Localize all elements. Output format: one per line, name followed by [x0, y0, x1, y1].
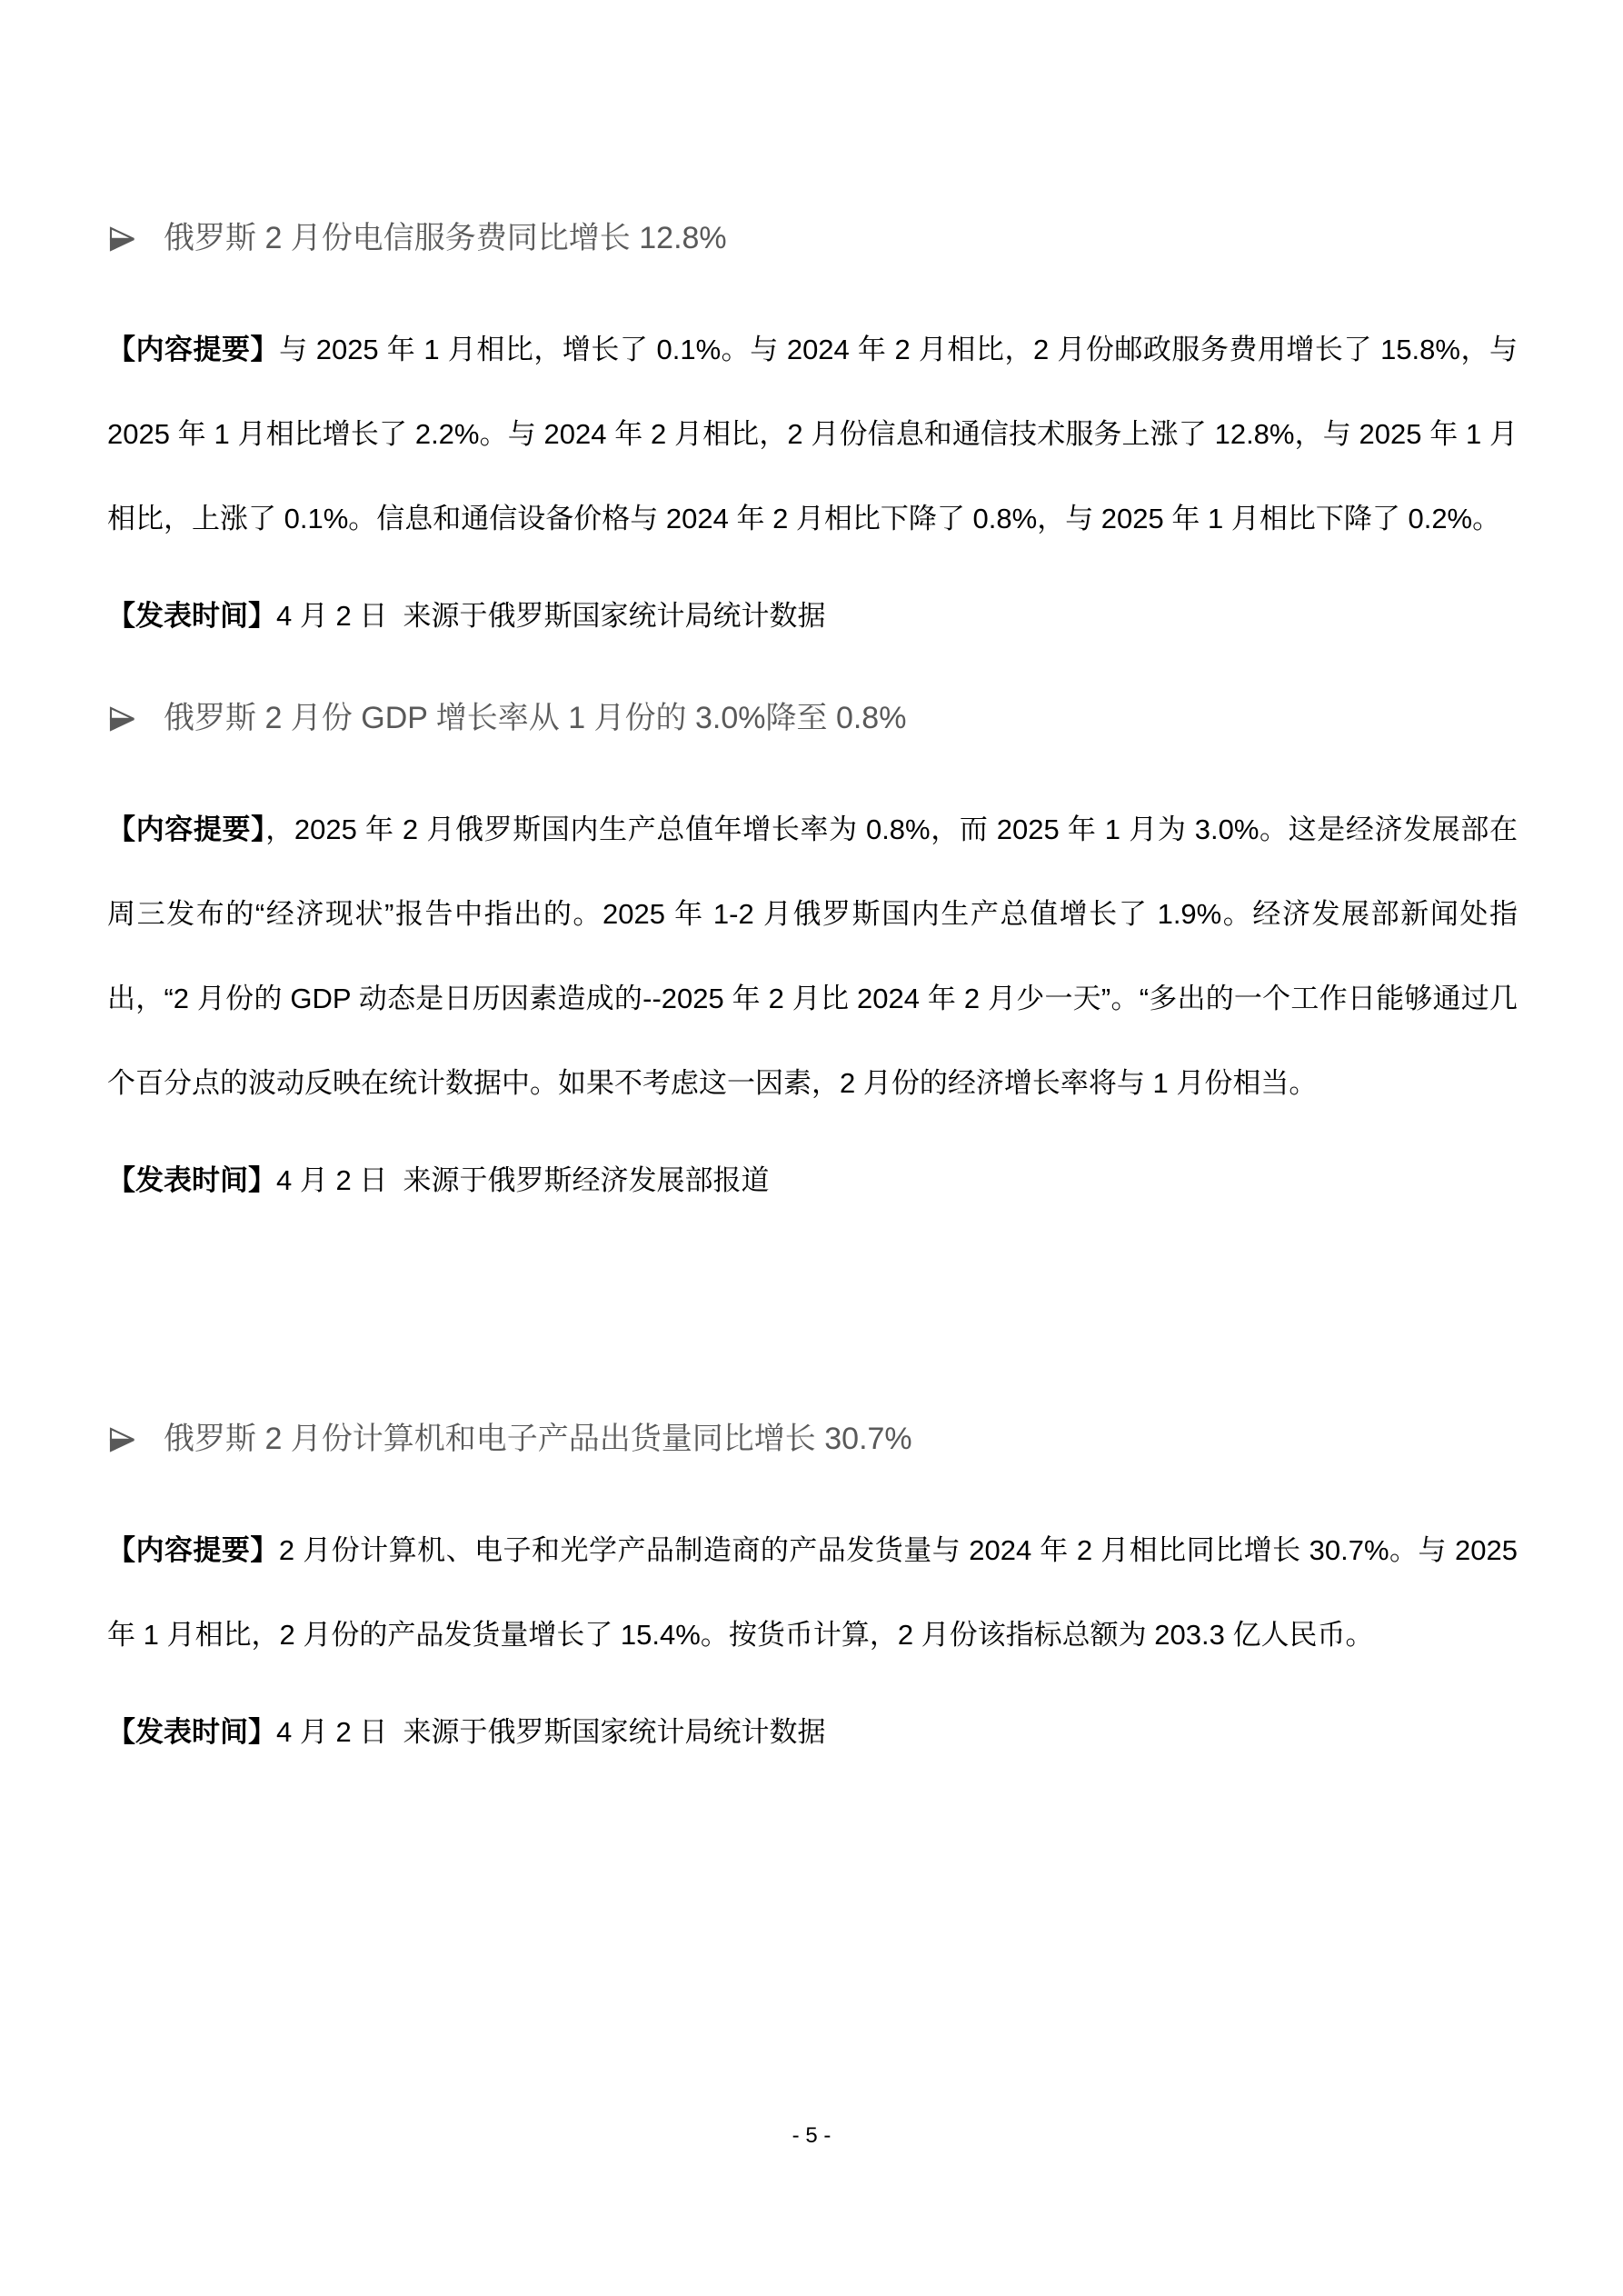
arrowhead-3d-right-icon [107, 225, 136, 254]
document-page: 俄罗斯 2 月份电信服务费同比增长 12.8% 【内容提要】与 2025 年 1… [0, 0, 1623, 2296]
summary-label: 【内容提要】 [107, 814, 265, 845]
publish-label: 【发表时间】 [107, 1716, 276, 1748]
news-section-telecom: 俄罗斯 2 月份电信服务费同比增长 12.8% 【内容提要】与 2025 年 1… [107, 218, 1518, 658]
publish-text: 4 月 2 日 来源于俄罗斯国家统计局统计数据 [276, 1716, 826, 1748]
publish-line: 【发表时间】4 月 2 日 来源于俄罗斯国家统计局统计数据 [107, 1690, 1518, 1774]
section-heading: 俄罗斯 2 月份 GDP 增长率从 1 月份的 3.0%降至 0.8% [107, 698, 1518, 740]
publish-text: 4 月 2 日 来源于俄罗斯经济发展部报道 [276, 1164, 770, 1196]
news-section-electronics: 俄罗斯 2 月份计算机和电子产品出货量同比增长 30.7% 【内容提要】2 月份… [107, 1419, 1518, 1774]
section-title: 俄罗斯 2 月份 GDP 增长率从 1 月份的 3.0%降至 0.8% [164, 698, 906, 740]
publish-line: 【发表时间】4 月 2 日 来源于俄罗斯经济发展部报道 [107, 1138, 1518, 1223]
publish-label: 【发表时间】 [107, 600, 276, 632]
summary-paragraph: 【内容提要】2 月份计算机、电子和光学产品制造商的产品发货量与 2024 年 2… [107, 1508, 1518, 1677]
summary-paragraph: 【内容提要】与 2025 年 1 月相比，增长了 0.1%。与 2024 年 2… [107, 307, 1518, 561]
page-number: - 5 - [0, 2123, 1623, 2149]
news-section-gdp: 俄罗斯 2 月份 GDP 增长率从 1 月份的 3.0%降至 0.8% 【内容提… [107, 698, 1518, 1223]
section-heading: 俄罗斯 2 月份电信服务费同比增长 12.8% [107, 218, 1518, 260]
arrowhead-3d-right-icon [107, 1425, 136, 1454]
document-content: 俄罗斯 2 月份电信服务费同比增长 12.8% 【内容提要】与 2025 年 1… [107, 218, 1518, 1814]
section-title: 俄罗斯 2 月份计算机和电子产品出货量同比增长 30.7% [164, 1419, 912, 1461]
section-title: 俄罗斯 2 月份电信服务费同比增长 12.8% [164, 218, 727, 260]
summary-text: ，2025 年 2 月俄罗斯国内生产总值年增长率为 0.8%，而 2025 年 … [107, 814, 1518, 1099]
summary-text: 与 2025 年 1 月相比，增长了 0.1%。与 2024 年 2 月相比，2… [107, 334, 1518, 534]
summary-label: 【内容提要】 [107, 1534, 279, 1566]
summary-paragraph: 【内容提要】，2025 年 2 月俄罗斯国内生产总值年增长率为 0.8%，而 2… [107, 787, 1518, 1125]
summary-label: 【内容提要】 [107, 334, 279, 365]
arrowhead-3d-right-icon [107, 704, 136, 734]
publish-text: 4 月 2 日 来源于俄罗斯国家统计局统计数据 [276, 600, 826, 632]
summary-text: 2 月份计算机、电子和光学产品制造商的产品发货量与 2024 年 2 月相比同比… [107, 1534, 1518, 1651]
publish-label: 【发表时间】 [107, 1164, 276, 1196]
section-heading: 俄罗斯 2 月份计算机和电子产品出货量同比增长 30.7% [107, 1419, 1518, 1461]
publish-line: 【发表时间】4 月 2 日 来源于俄罗斯国家统计局统计数据 [107, 574, 1518, 658]
